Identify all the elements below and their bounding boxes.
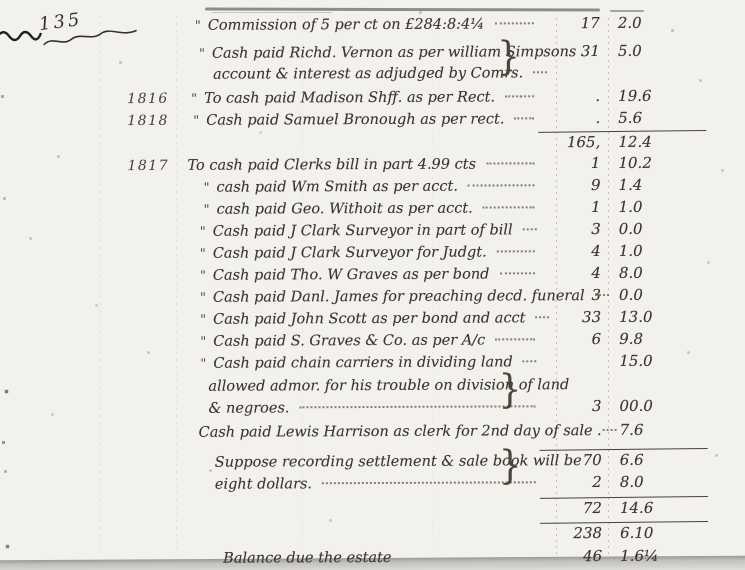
shillings-pence-cell bbox=[601, 388, 719, 389]
year-cell: 1818 bbox=[127, 111, 187, 132]
ledger-row: 2386.10 bbox=[129, 522, 720, 546]
entry-text: Cash paid Samuel Bronough as per rect. bbox=[206, 109, 504, 131]
description-cell: "Cash paid chain carriers in dividing la… bbox=[188, 352, 547, 375]
description-cell: "Cash paid Danl. James for preaching dec… bbox=[188, 286, 547, 309]
shillings-pence-cell: 2.0 bbox=[600, 12, 718, 34]
pounds-cell: 9 bbox=[546, 175, 600, 196]
shillings-pence-cell: 5.0 bbox=[600, 40, 718, 62]
pounds-cell: 165, bbox=[546, 132, 600, 153]
description-cell: Balance due the estate bbox=[189, 547, 548, 570]
ledger-row: Balance due the estate461.6¼ bbox=[129, 545, 720, 570]
ditto-mark: " bbox=[204, 200, 210, 221]
ledger-row: 1818"Cash paid Samuel Bronough as per re… bbox=[127, 107, 718, 132]
ledger-row: "Cash paid Danl. James for preaching dec… bbox=[128, 284, 719, 309]
torn-top-edge-fragment bbox=[610, 10, 644, 12]
line-brace: } bbox=[497, 35, 520, 79]
ditto-mark: " bbox=[200, 310, 206, 331]
pounds-cell: 46 bbox=[548, 546, 602, 567]
dotted-leader bbox=[533, 71, 547, 73]
entry-text: Cash paid chain carriers in dividing lan… bbox=[213, 352, 513, 374]
shillings-pence-cell: 1.6¼ bbox=[602, 545, 720, 567]
ditto-mark: " bbox=[200, 288, 206, 309]
shillings-pence-cell: 8.0 bbox=[602, 471, 720, 493]
description-cell: "cash paid Geo. Withoit as per acct. bbox=[188, 198, 547, 221]
dotted-leader bbox=[595, 294, 609, 296]
entry-text: Cash paid Tho. W Graves as per bond bbox=[213, 264, 490, 286]
shillings-pence-cell: 15.0 bbox=[601, 350, 719, 372]
ledger-row: "Cash paid J Clark Surveyor in part of b… bbox=[128, 218, 719, 243]
entry-text: & negroes. bbox=[208, 398, 289, 419]
ledger-row: "Cash paid Tho. W Graves as per bond48.0 bbox=[128, 262, 719, 287]
dotted-leader bbox=[497, 250, 535, 252]
description-cell: account & interest as adjudged by Comrs. bbox=[187, 63, 546, 86]
scanned-ledger-page: 135 "Commission of 5 per ct on £284:8:4¼… bbox=[0, 0, 745, 570]
ditto-mark: " bbox=[193, 111, 199, 132]
entry-text: cash paid Wm Smith as per acct. bbox=[216, 177, 457, 199]
scan-speckles bbox=[0, 0, 1, 1]
year-cell: 1816 bbox=[127, 89, 187, 110]
pounds-cell: 6 bbox=[547, 329, 601, 350]
dotted-leader bbox=[468, 184, 535, 186]
entry-text: Cash paid John Scott as per bond and acc… bbox=[213, 308, 525, 330]
description-cell bbox=[187, 147, 546, 149]
pounds-cell: 3 bbox=[547, 219, 601, 240]
entry-text: Cash paid J Clark Surveyor for Judgt. bbox=[213, 243, 487, 265]
shillings-pence-cell: 14.6 bbox=[602, 497, 720, 519]
ledger-row: "Cash paid Richd. Vernon as per william … bbox=[127, 40, 718, 65]
description-cell: allowed admor. for his trouble on divisi… bbox=[188, 375, 547, 398]
entry-text: Suppose recording settlement & sale book… bbox=[215, 451, 582, 474]
entry-text: Cash paid Richd. Vernon as per william S… bbox=[212, 42, 576, 65]
dotted-leader bbox=[483, 206, 535, 208]
entry-text: cash paid Geo. Withoit as per acct. bbox=[217, 199, 473, 221]
description-cell: "Cash paid J Clark Surveyor for Judgt. bbox=[188, 242, 547, 265]
ditto-mark: " bbox=[199, 44, 205, 65]
ledger-row: 165,12.4 bbox=[127, 131, 718, 155]
shillings-pence-cell: 9.8 bbox=[601, 328, 719, 350]
dotted-leader bbox=[494, 22, 534, 24]
ledger-row: "Cash paid J Clark Surveyor for Judgt.41… bbox=[128, 240, 719, 265]
ledger-row: 7214.6 bbox=[129, 497, 720, 521]
ditto-mark: " bbox=[195, 16, 201, 37]
ditto-mark: " bbox=[191, 89, 197, 110]
description-cell: Cash paid Lewis Harrison as clerk for 2n… bbox=[189, 421, 548, 444]
dotted-leader bbox=[603, 429, 617, 431]
entry-text: Cash paid Danl. James for preaching decd… bbox=[213, 286, 585, 309]
entry-text: Cash paid J Clark Surveyor in part of bi… bbox=[213, 220, 513, 242]
pounds-cell: 17 bbox=[546, 13, 600, 34]
dotted-leader bbox=[495, 338, 535, 340]
dotted-leader bbox=[514, 117, 534, 119]
ledger-row: account & interest as adjudged by Comrs. bbox=[127, 62, 718, 86]
pounds-cell: 72 bbox=[548, 498, 602, 519]
torn-top-edge bbox=[205, 7, 600, 11]
shillings-pence-cell: 0.0 bbox=[601, 218, 719, 240]
description-cell: "Cash paid Richd. Vernon as per william … bbox=[187, 42, 546, 65]
ledger-row: & negroes.300.0 bbox=[128, 395, 719, 420]
ditto-mark: " bbox=[200, 244, 206, 265]
description-cell: eight dollars. bbox=[189, 473, 548, 496]
shillings-pence-cell bbox=[600, 76, 718, 77]
shillings-pence-cell: 12.4 bbox=[600, 131, 718, 153]
pounds-cell: 4 bbox=[547, 263, 601, 284]
entry-text: account & interest as adjudged by Comrs. bbox=[213, 63, 523, 85]
entry-text: eight dollars. bbox=[215, 474, 312, 495]
shillings-pence-cell: 7.6 bbox=[602, 419, 720, 441]
ledger-row: Suppose recording settlement & sale book… bbox=[129, 449, 720, 474]
pounds-cell: 4 bbox=[547, 241, 601, 262]
shillings-pence-cell: 10.2 bbox=[600, 152, 718, 174]
pounds-cell: 1 bbox=[547, 197, 601, 218]
pounds-cell: 33 bbox=[547, 307, 601, 328]
ledger-row: Cash paid Lewis Harrison as clerk for 2n… bbox=[129, 419, 720, 444]
shillings-pence-cell: 19.6 bbox=[600, 85, 718, 107]
year-cell: 1817 bbox=[127, 156, 187, 177]
shillings-pence-cell: 1.4 bbox=[600, 174, 718, 196]
shillings-pence-cell: 1.0 bbox=[601, 240, 719, 262]
dotted-leader bbox=[486, 162, 534, 164]
line-brace: } bbox=[499, 444, 522, 488]
description-cell: "cash paid Wm Smith as per acct. bbox=[188, 176, 547, 199]
shillings-pence-cell: 13.0 bbox=[601, 306, 719, 328]
ledger-row: allowed admor. for his trouble on divisi… bbox=[128, 374, 719, 398]
pounds-cell: . bbox=[546, 108, 600, 129]
ledger-row: "Cash paid John Scott as per bond and ac… bbox=[128, 306, 719, 331]
description-cell: "Cash paid John Scott as per bond and ac… bbox=[188, 308, 547, 331]
shillings-pence-cell: 6.6 bbox=[602, 449, 720, 471]
pounds-cell: 1 bbox=[546, 153, 600, 174]
description-cell: "Cash paid Tho. W Graves as per bond bbox=[188, 264, 547, 287]
description-cell: "To cash paid Madison Shff. as per Rect. bbox=[187, 87, 546, 110]
ledger-rows: "Commission of 5 per ct on £284:8:4¼172.… bbox=[0, 12, 745, 570]
dotted-leader bbox=[535, 316, 549, 318]
pounds-cell: 238 bbox=[548, 523, 602, 544]
ledger-row: "Commission of 5 per ct on £284:8:4¼172.… bbox=[127, 12, 718, 37]
description-cell: To cash paid Clerks bill in part 4.99 ct… bbox=[187, 154, 546, 177]
line-brace: } bbox=[498, 368, 521, 412]
dotted-leader bbox=[499, 272, 535, 274]
ledger-row: eight dollars.28.0 bbox=[129, 471, 720, 496]
ditto-mark: " bbox=[204, 178, 210, 199]
shillings-pence-cell: 00.0 bbox=[601, 395, 719, 417]
ditto-mark: " bbox=[200, 266, 206, 287]
description-cell: "Cash paid S. Graves & Co. as per A/c bbox=[188, 330, 547, 353]
shillings-pence-cell: 8.0 bbox=[601, 262, 719, 284]
torn-top-edge-shadow bbox=[212, 12, 332, 13]
description-cell: "Cash paid J Clark Surveyor in part of b… bbox=[188, 220, 547, 243]
description-cell: & negroes. bbox=[188, 397, 547, 420]
entry-text: To cash paid Clerks bill in part 4.99 ct… bbox=[187, 155, 476, 177]
entry-text: Cash paid S. Graves & Co. as per A/c bbox=[213, 331, 485, 353]
entry-text: Commission of 5 per ct on £284:8:4¼ bbox=[208, 15, 485, 37]
ledger-row: "cash paid Wm Smith as per acct.91.4 bbox=[127, 174, 718, 199]
entry-text: Balance due the estate bbox=[223, 548, 391, 570]
ditto-mark: " bbox=[200, 332, 206, 353]
ditto-mark: " bbox=[200, 354, 206, 375]
ditto-mark: " bbox=[200, 222, 206, 243]
ledger-row: "cash paid Geo. Withoit as per acct.11.0 bbox=[128, 196, 719, 221]
ledger-row: "Cash paid S. Graves & Co. as per A/c69.… bbox=[128, 328, 719, 353]
pounds-cell: 2 bbox=[548, 472, 602, 493]
ledger-row: 1816"To cash paid Madison Shff. as per R… bbox=[127, 85, 718, 110]
description-cell: "Cash paid Samuel Bronough as per rect. bbox=[187, 109, 546, 132]
ledger-row: 1817To cash paid Clerks bill in part 4.9… bbox=[127, 152, 718, 177]
dotted-leader bbox=[505, 95, 534, 97]
shillings-pence-cell: 6.10 bbox=[602, 522, 720, 544]
pounds-cell: 3 bbox=[547, 396, 601, 417]
pounds-cell: . bbox=[546, 86, 600, 107]
shillings-pence-cell: 1.0 bbox=[601, 196, 719, 218]
description-cell bbox=[189, 513, 548, 515]
dotted-leader bbox=[523, 360, 537, 362]
ledger-row: "Cash paid chain carriers in dividing la… bbox=[128, 350, 719, 375]
description-cell: "Commission of 5 per ct on £284:8:4¼ bbox=[187, 14, 546, 37]
shillings-pence-cell: 0.0 bbox=[601, 284, 719, 306]
entry-text: Cash paid Lewis Harrison as clerk for 2n… bbox=[199, 421, 593, 444]
entry-text: To cash paid Madison Shff. as per Rect. bbox=[204, 87, 495, 109]
shillings-pence-cell: 5.6 bbox=[600, 107, 718, 129]
description-cell: Suppose recording settlement & sale book… bbox=[189, 451, 548, 474]
description-cell bbox=[189, 538, 548, 540]
dotted-leader bbox=[523, 228, 537, 230]
